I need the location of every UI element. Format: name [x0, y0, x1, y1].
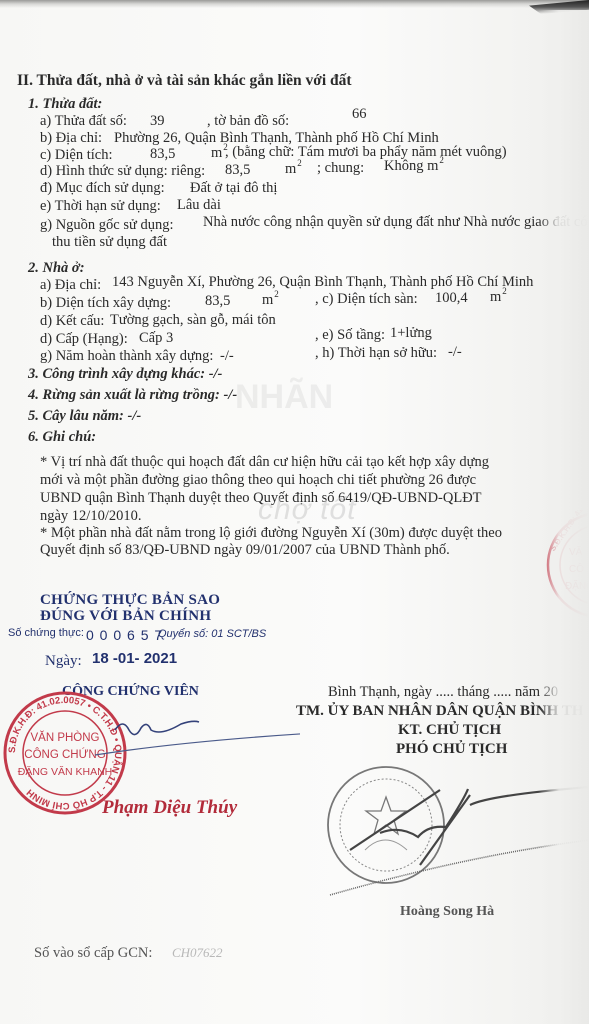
section-title: II. Thửa đất, nhà ở và tài sản khác gắn …: [17, 73, 352, 89]
land-map-label: , tờ bản đồ số:: [207, 113, 289, 129]
note-line-5: * Một phần nhà đất nằm trong lộ giới đườ…: [40, 525, 502, 541]
other-constructions: 3. Công trình xây dựng khác: -/-: [28, 366, 222, 382]
scan-right-shadow: [539, 10, 589, 1024]
land-map-value: 66: [352, 106, 367, 122]
house-address-label: a) Địa chỉ:: [40, 277, 101, 293]
certification-title-1: CHỨNG THỰC BẢN SAO: [40, 592, 220, 608]
notary-signature-icon: [50, 700, 300, 770]
certification-number-value: 0 0 0 6 5 7: [86, 627, 163, 643]
land-parcel-value: 39: [150, 113, 165, 129]
land-area-words: , (bằng chữ: Tám mươi ba phẩy năm mét vu…: [225, 144, 507, 160]
house-structure-label: d) Kết cấu:: [40, 313, 104, 329]
watermark: chợ tốt: [258, 493, 357, 527]
house-year-value: -/-: [220, 348, 234, 364]
land-origin-label: g) Nguồn gốc sử dụng:: [40, 217, 174, 233]
house-year-label: g) Năm hoàn thành xây dựng:: [40, 348, 213, 364]
land-heading: 1. Thửa đất:: [28, 96, 102, 112]
land-usage-form-label: d) Hình thức sử dụng: riêng:: [40, 163, 205, 179]
land-purpose-value: Đất ở tại đô thị: [190, 180, 277, 196]
land-address-label: b) Địa chỉ:: [40, 130, 102, 146]
notary-name: Phạm Diệu Thúy: [102, 800, 237, 816]
house-heading: 2. Nhà ở:: [28, 260, 85, 276]
certification-title-2: ĐÚNG VỚI BẢN CHÍNH: [40, 608, 211, 624]
house-build-area-value: 83,5: [205, 293, 230, 309]
signer-name: Hoàng Song Hà: [400, 904, 494, 920]
house-grade-value: Cấp 3: [139, 330, 173, 346]
registry-label: Số vào sổ cấp GCN:: [34, 945, 152, 961]
house-floor-area-unit: m2: [490, 289, 507, 306]
land-parcel-label: a) Thửa đất số:: [40, 113, 127, 129]
house-build-area-unit: m2: [262, 292, 279, 309]
house-floors-label: , e) Số tầng:: [315, 327, 385, 343]
scan-top-edge: [0, 0, 589, 8]
land-origin-value-2: thu tiền sử dụng đất: [52, 234, 167, 250]
house-floor-area-value: 100,4: [435, 290, 468, 306]
land-purpose-label: đ) Mục đích sử dụng:: [40, 180, 165, 196]
certification-book: Quyển số: 01 SCT/BS: [158, 626, 266, 642]
house-grade-label: d) Cấp (Hạng):: [40, 331, 128, 347]
authority-role-1: KT. CHỦ TỊCH: [398, 722, 501, 738]
house-ownership-term-label: , h) Thời hạn sở hữu:: [315, 345, 437, 361]
land-area-label: c) Diện tích:: [40, 147, 112, 163]
note-line-1: * Vị trí nhà đất thuộc qui hoạch đất dân…: [40, 454, 489, 470]
land-private-area: 83,5: [225, 162, 250, 178]
note-line-6: Quyết định số 83/QĐ-UBND ngày 09/01/2007…: [40, 542, 450, 558]
house-ownership-term-value: -/-: [448, 344, 462, 360]
notes-heading: 6. Ghi chú:: [28, 429, 96, 445]
certification-number-label: Số chứng thực:: [8, 625, 84, 641]
land-shared-value: Không m2: [384, 158, 444, 175]
land-private-unit: m2: [285, 161, 302, 178]
background-ghost-text: NHÃN: [235, 378, 333, 417]
place-date: Bình Thạnh, ngày ..... tháng ..... năm 2…: [328, 684, 558, 700]
certification-date-value: 18 -01- 2021: [92, 651, 177, 667]
land-origin-value-1: Nhà nước công nhận quyền sử dụng đất như…: [203, 214, 588, 230]
registry-value: CH07622: [172, 945, 223, 961]
house-build-area-label: b) Diện tích xây dựng:: [40, 295, 171, 311]
note-line-4: ngày 12/10/2010.: [40, 508, 142, 524]
land-shared-label: ; chung:: [317, 160, 364, 176]
certification-date-label: Ngày:: [45, 653, 82, 669]
land-area-value: 83,5: [150, 146, 175, 162]
house-address-value: 143 Nguyễn Xí, Phường 26, Quận Bình Thạn…: [112, 274, 533, 290]
perennial-trees: 5. Cây lâu năm: -/-: [28, 408, 141, 424]
land-term-label: e) Thời hạn sử dụng:: [40, 198, 161, 214]
note-line-2: mới và một phần đường giao thông theo qu…: [40, 472, 476, 488]
house-floors-value: 1+lửng: [390, 325, 432, 341]
house-floor-area-label: , c) Diện tích sàn:: [315, 291, 418, 307]
house-structure-value: Tường gạch, sàn gỗ, mái tôn: [110, 312, 276, 328]
land-term-value: Lâu dài: [177, 197, 221, 213]
production-forest: 4. Rừng sản xuất là rừng trồng: -/-: [28, 387, 237, 403]
